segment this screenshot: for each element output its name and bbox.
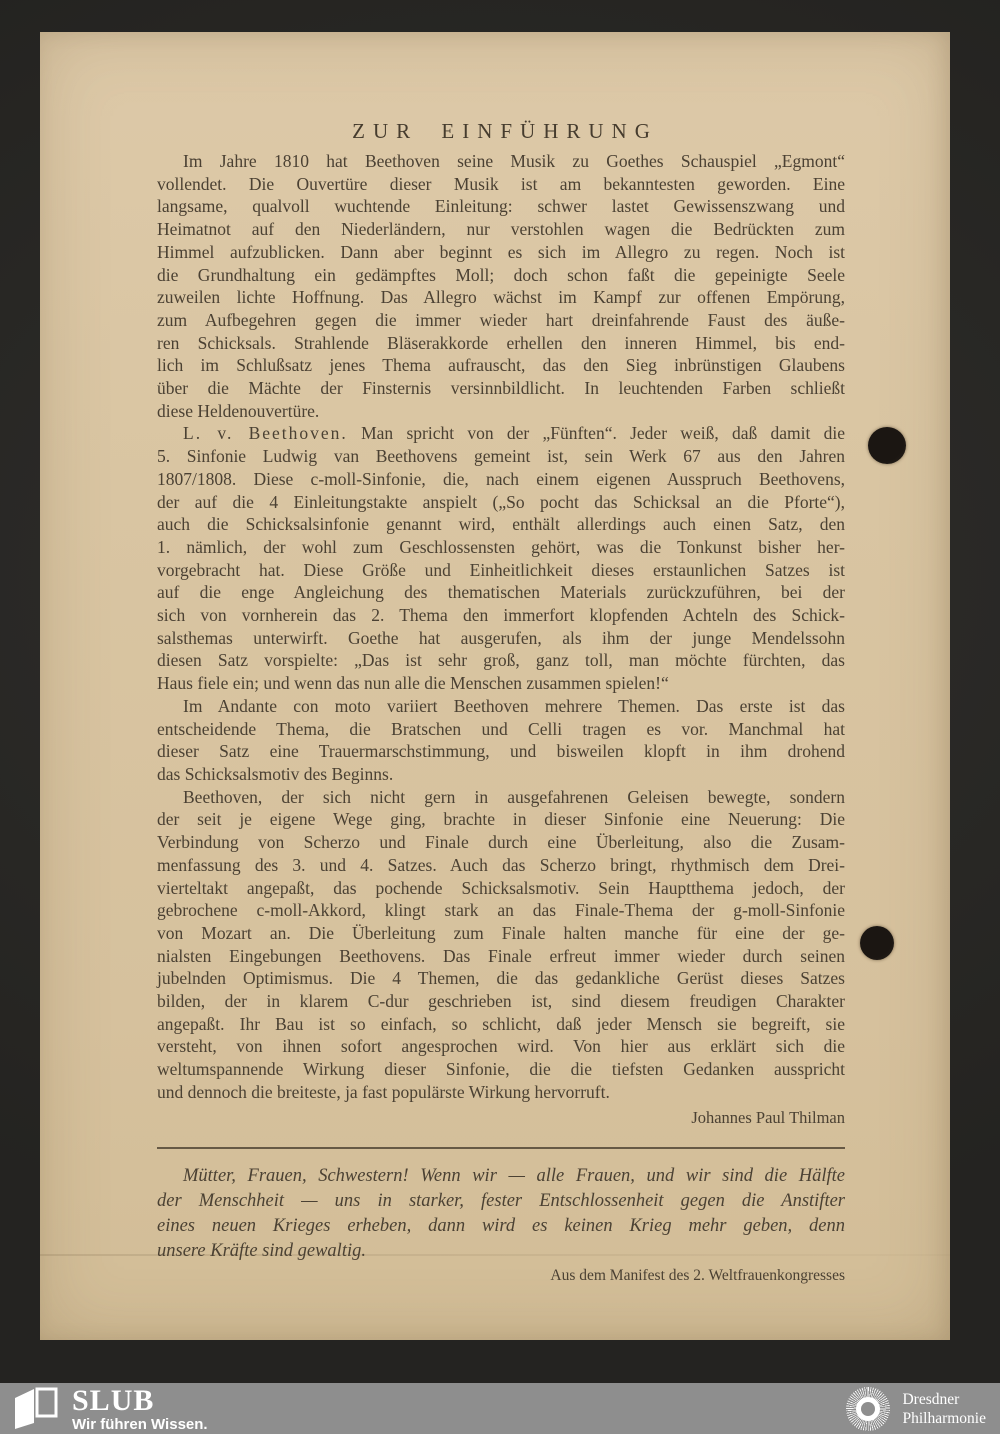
text-line: entscheidende Thema, die Bratschen und C…: [157, 718, 845, 741]
paragraph-beethoven-fifth: L. v. Beethoven. Man spricht von der „Fü…: [157, 422, 845, 694]
footer-bar: SLUB Wir führen Wissen. Dresdner Philhar…: [0, 1383, 1000, 1434]
author-signature: Johannes Paul Thilman: [157, 1107, 845, 1128]
text-line: versteht, von ihnen sofort angesprochen …: [157, 1035, 845, 1058]
text-line: menfassung des 3. und 4. Satzes. Auch da…: [157, 854, 845, 877]
punch-hole-bottom: [860, 926, 894, 960]
text-line: 5. Sinfonie Ludwig van Beethovens gemein…: [157, 445, 845, 468]
text-line: dieser Satz eine Trauermarschstimmung, u…: [157, 740, 845, 763]
page-title: ZUR EINFÜHRUNG: [157, 118, 853, 144]
text-line: langsame, qualvoll wuchtende Einleitung:…: [157, 195, 845, 218]
text-line: ren Schicksals. Strahlende Bläserakkorde…: [157, 332, 845, 355]
quote-attribution: Aus dem Manifest des 2. Weltfrauenkongre…: [157, 1266, 845, 1286]
text-line: zum Aufbegehren gegen die immer wieder h…: [157, 309, 845, 332]
text-line: das Schicksalsmotiv des Beginns.: [157, 763, 845, 786]
divider-rule: [157, 1147, 845, 1149]
text-line: auch die Schicksalsinfonie genannt wird,…: [157, 513, 845, 536]
philharmonie-name: Dresdner Philharmonie: [902, 1390, 986, 1428]
paragraph-egmont: Im Jahre 1810 hat Beethoven seine Musik …: [157, 150, 845, 422]
text-line: sich von vornherein das 2. Thema den imm…: [157, 604, 845, 627]
text-line: bilden, der in klarem C-dur geschrieben …: [157, 990, 845, 1013]
text-line: Beethoven, der sich nicht gern in ausgef…: [157, 786, 845, 809]
text-line: vierteltakt angepaßt, das pochende Schic…: [157, 877, 845, 900]
slub-book-icon: [12, 1387, 58, 1429]
paragraph-beethoven-fifth-lines: 5. Sinfonie Ludwig van Beethovens gemein…: [157, 445, 845, 695]
text-line: über die Mächte der Finsternis versinnbi…: [157, 377, 845, 400]
text-line: unsere Kräfte sind gewaltig.: [157, 1239, 845, 1264]
text-line: Heimatnot auf den Niederländern, nur ver…: [157, 218, 845, 241]
text-line: diesen Satz vorspielte: „Das ist sehr gr…: [157, 649, 845, 672]
scanned-page: ZUR EINFÜHRUNG Im Jahre 1810 hat Beethov…: [40, 32, 950, 1340]
text-line: weltumspannende Wirkung dieser Sinfonie,…: [157, 1058, 845, 1081]
text-line: Im Jahre 1810 hat Beethoven seine Musik …: [157, 150, 845, 173]
slub-tagline: Wir führen Wissen.: [72, 1416, 208, 1433]
slub-wordmark: SLUB: [72, 1387, 208, 1415]
text-line: Mütter, Frauen, Schwestern! Wenn wir — a…: [157, 1164, 845, 1189]
philharmonie-name-line1: Dresdner: [902, 1390, 986, 1409]
manifesto-quote: Mütter, Frauen, Schwestern! Wenn wir — a…: [157, 1164, 845, 1265]
text-line: die Grundhaltung ein gedämpftes Moll; do…: [157, 264, 845, 287]
text-line: 1807/1808. Diese c-moll-Sinfonie, die, n…: [157, 468, 845, 491]
text-line: angepaßt. Ihr Bau ist so einfach, so sch…: [157, 1013, 845, 1036]
paragraph-lead: L. v. Beethoven.: [183, 423, 348, 443]
page-text-block: ZUR EINFÜHRUNG Im Jahre 1810 hat Beethov…: [157, 118, 845, 1286]
text-line: diese Heldenouvertüre.: [157, 400, 845, 423]
paragraph-scherzo-finale: Beethoven, der sich nicht gern in ausgef…: [157, 786, 845, 1104]
slub-text: SLUB Wir führen Wissen.: [72, 1387, 208, 1433]
text-line: der Menschheit — uns in starker, fester …: [157, 1189, 845, 1214]
text-line: der auf die 4 Einleitungstakte anspielt …: [157, 491, 845, 514]
text-line: eines neuen Krieges erheben, dann wird e…: [157, 1214, 845, 1239]
text-line: nialsten Eingebungen Beethovens. Das Fin…: [157, 945, 845, 968]
text-line: vorgebracht hat. Diese Größe und Einheit…: [157, 559, 845, 582]
text-line: gebrochene c-moll-Akkord, klingt stark a…: [157, 899, 845, 922]
text-line: von Mozart an. Die Überleitung zum Final…: [157, 922, 845, 945]
text-line: jubelnden Optimismus. Die 4 Themen, die …: [157, 967, 845, 990]
text-line: lich im Schlußsatz jenes Thema aufrausch…: [157, 354, 845, 377]
text-line: Verbindung von Scherzo und Finale durch …: [157, 831, 845, 854]
text-line: der seit je eigene Wege ging, brachte in…: [157, 808, 845, 831]
paragraph-lead-rest: Man spricht von der „Fünften“. Jeder wei…: [361, 423, 845, 443]
philharmonie-logo: Dresdner Philharmonie: [846, 1387, 986, 1431]
text-line: Haus fiele ein; und wenn das nun alle di…: [157, 672, 845, 695]
text-line: L. v. Beethoven. Man spricht von der „Fü…: [157, 422, 845, 445]
text-line: vollendet. Die Ouvertüre dieser Musik is…: [157, 173, 845, 196]
text-line: Im Andante con moto variiert Beethoven m…: [157, 695, 845, 718]
slub-logo: SLUB Wir führen Wissen.: [12, 1385, 208, 1433]
text-line: und dennoch die breiteste, ja fast popul…: [157, 1081, 845, 1104]
punch-hole-top: [868, 427, 906, 464]
text-line: zuweilen lichte Hoffnung. Das Allegro wä…: [157, 286, 845, 309]
text-line: Himmel aufzublicken. Dann aber beginnt e…: [157, 241, 845, 264]
text-line: auf die enge Angleichung des thematische…: [157, 581, 845, 604]
philharmonie-sunburst-icon: [846, 1387, 890, 1431]
text-line: 1. nämlich, der wohl zum Geschlossensten…: [157, 536, 845, 559]
paragraph-andante: Im Andante con moto variiert Beethoven m…: [157, 695, 845, 786]
text-line: salsthemas unterwirft. Goethe hat ausger…: [157, 627, 845, 650]
viewer-background: ZUR EINFÜHRUNG Im Jahre 1810 hat Beethov…: [0, 0, 1000, 1434]
philharmonie-name-line2: Philharmonie: [902, 1409, 986, 1428]
manifesto-quote-block: Mütter, Frauen, Schwestern! Wenn wir — a…: [157, 1164, 845, 1286]
